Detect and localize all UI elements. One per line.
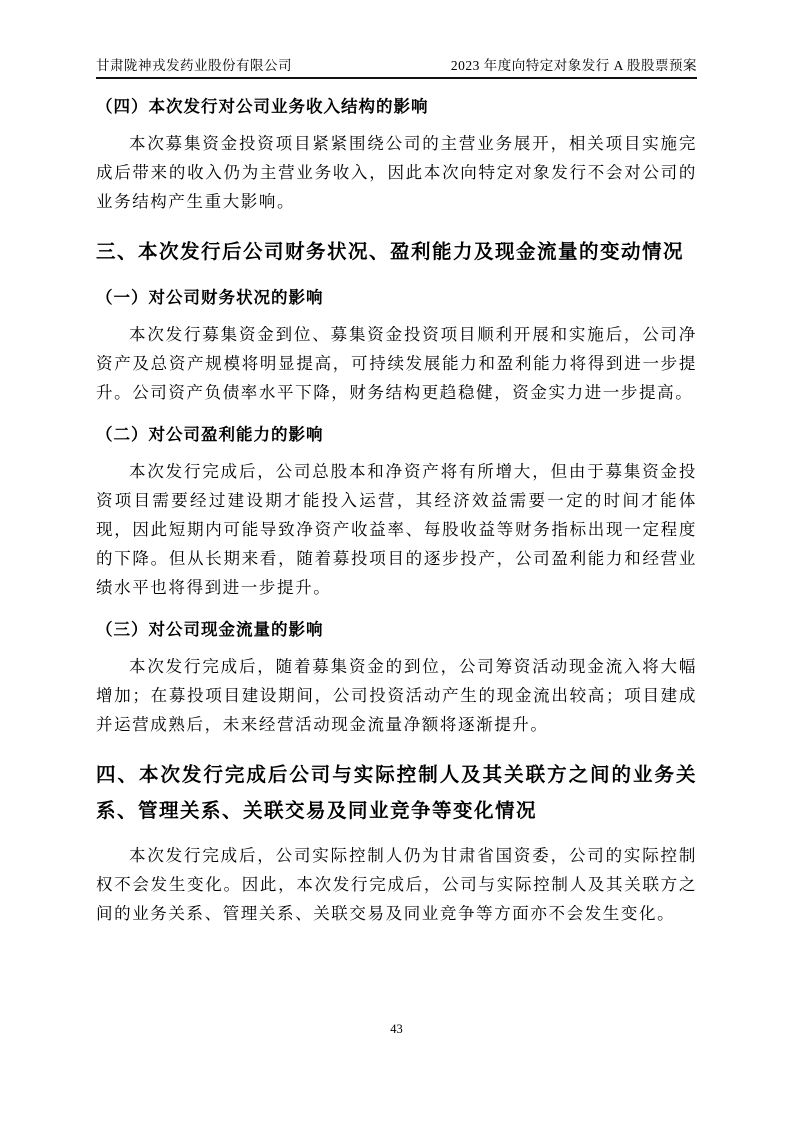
page-header: 甘肃陇神戎发药业股份有限公司 2023 年度向特定对象发行 A 股股票预案 bbox=[96, 0, 697, 79]
section-heading-profitability: （二）对公司盈利能力的影响 bbox=[96, 425, 697, 445]
paragraph-controller-relationship: 本次发行完成后，公司实际控制人仍为甘肃省国资委，公司的实际控制权不会发生变化。因… bbox=[96, 841, 697, 928]
company-name: 甘肃陇神戎发药业股份有限公司 bbox=[96, 54, 292, 74]
document-title: 2023 年度向特定对象发行 A 股股票预案 bbox=[451, 54, 697, 74]
section-heading-cash-flow: （三）对公司现金流量的影响 bbox=[96, 620, 697, 640]
paragraph-financial-status: 本次发行募集资金到位、募集资金投资项目顺利开展和实施后，公司净资产及总资产规模将… bbox=[96, 320, 697, 407]
paragraph-business-income-impact: 本次募集资金投资项目紧紧围绕公司的主营业务展开，相关项目实施完成后带来的收入仍为… bbox=[96, 129, 697, 216]
paragraph-cash-flow: 本次发行完成后，随着募集资金的到位，公司筹资活动现金流入将大幅增加；在募投项目建… bbox=[96, 652, 697, 739]
page-number: 43 bbox=[0, 1022, 793, 1037]
paragraph-profitability: 本次发行完成后，公司总股本和净资产将有所增大，但由于募集资金投资项目需要经过建设… bbox=[96, 457, 697, 602]
section-heading-business-income-impact: （四）本次发行对公司业务收入结构的影响 bbox=[96, 97, 697, 117]
chapter-heading-financial-changes: 三、本次发行后公司财务状况、盈利能力及现金流量的变动情况 bbox=[96, 234, 697, 270]
section-heading-financial-status: （一）对公司财务状况的影响 bbox=[96, 288, 697, 308]
chapter-heading-controller-relationship: 四、本次发行完成后公司与实际控制人及其关联方之间的业务关系、管理关系、关联交易及… bbox=[96, 757, 697, 829]
document-page: 甘肃陇神戎发药业股份有限公司 2023 年度向特定对象发行 A 股股票预案 （四… bbox=[0, 0, 793, 1122]
